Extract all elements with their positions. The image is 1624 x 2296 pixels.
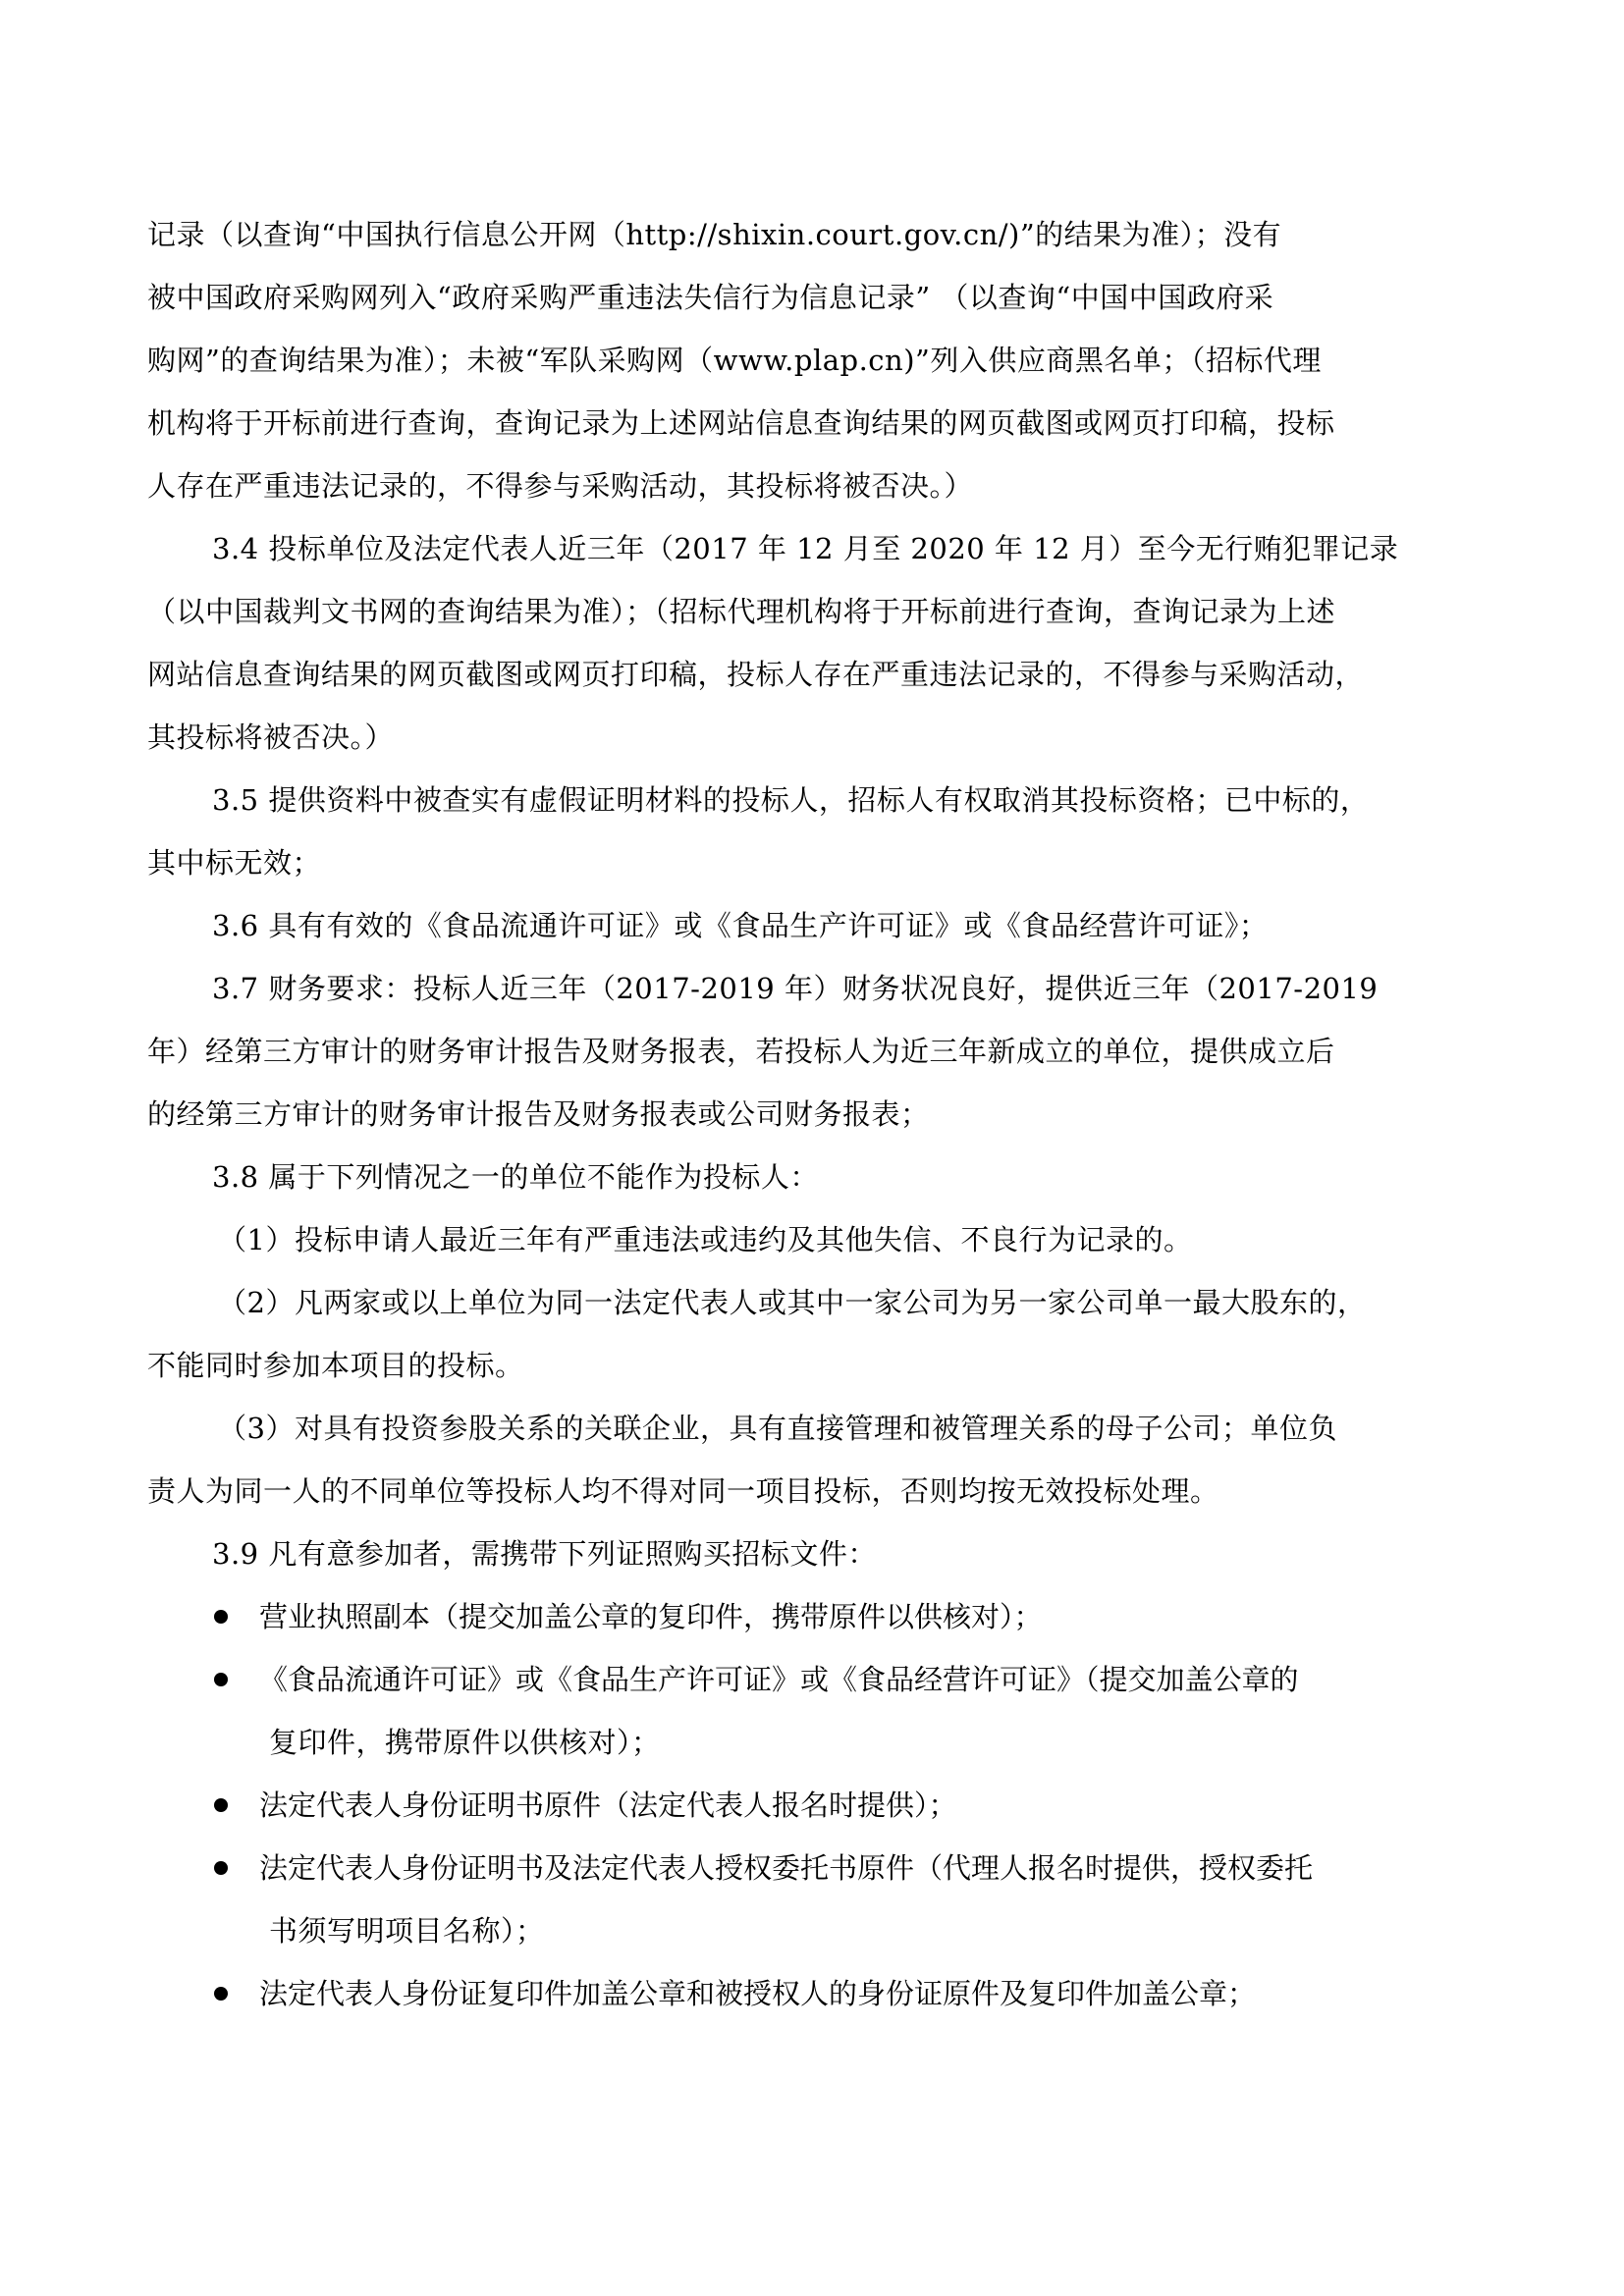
text-line: 3.5 提供资料中被查实有虚假证明材料的投标人，招标人有权取消其投标资格；已中标… [147,769,1485,831]
text-line: 年）经第三方审计的财务审计报告及财务报表，若投标人为近三年新成立的单位，提供成立… [147,1020,1485,1083]
paragraph-3-9: 3.9 凡有意参加者，需携带下列证照购买招标文件： [147,1522,1485,1585]
bullet-dot-icon [214,1673,228,1686]
bullet-text-continued: 书须写明项目名称）； [147,1899,1485,1962]
text-line: 记录（以查询“中国执行信息公开网（http://shixin.court.gov… [147,203,1485,266]
bullet-dot-icon [214,1610,228,1624]
bullet-dot-icon [214,1987,228,2001]
bullet-item: 法定代表人身份证明书及法定代表人授权委托书原件（代理人报名时提供，授权委托 书须… [147,1837,1485,1962]
document-page: 记录（以查询“中国执行信息公开网（http://shixin.court.gov… [147,203,1485,2025]
text-line: （1）投标申请人最近三年有严重违法或违约及其他失信、不良行为记录的。 [147,1208,1485,1271]
bullet-text: 法定代表人身份证复印件加盖公章和被授权人的身份证原件及复印件加盖公章； [259,1962,1256,2025]
text-line: 被中国政府采购网列入“政府采购严重违法失信行为信息记录” （以查询“中国中国政府… [147,266,1485,329]
text-line: 其中标无效； [147,831,1485,894]
bullet-text: 《食品流通许可证》或《食品生产许可证》或《食品经营许可证》（提交加盖公章的 [259,1648,1299,1711]
text-line: 3.8 属于下列情况之一的单位不能作为投标人： [147,1146,1485,1208]
text-line: 3.7 财务要求：投标人近三年（2017-2019 年）财务状况良好，提供近三年… [147,957,1485,1020]
bullet-item: 营业执照副本（提交加盖公章的复印件，携带原件以供核对）； [147,1585,1485,1648]
bullet-item: 法定代表人身份证明书原件（法定代表人报名时提供）； [147,1774,1485,1837]
paragraph-3-8: 3.8 属于下列情况之一的单位不能作为投标人： [147,1146,1485,1208]
text-line: 其投标将被否决。） [147,706,1485,769]
text-line: 机构将于开标前进行查询，查询记录为上述网站信息查询结果的网页截图或网页打印稿，投… [147,392,1485,454]
text-line: （3）对具有投资参股关系的关联企业，具有直接管理和被管理关系的母子公司；单位负 [147,1397,1485,1460]
text-line: 3.4 投标单位及法定代表人近三年（2017 年 12 月至 2020 年 12… [147,517,1485,580]
paragraph-3-3-continued: 记录（以查询“中国执行信息公开网（http://shixin.court.gov… [147,203,1485,517]
paragraph-3-8-item-1: （1）投标申请人最近三年有严重违法或违约及其他失信、不良行为记录的。 [147,1208,1485,1271]
paragraph-3-8-item-2: （2）凡两家或以上单位为同一法定代表人或其中一家公司为另一家公司单一最大股东的，… [147,1271,1485,1397]
bullet-text-continued: 复印件，携带原件以供核对）； [147,1711,1485,1774]
text-line: 购网”的查询结果为准）；未被“军队采购网（www.plap.cn)”列入供应商黑… [147,329,1485,392]
bullet-list: 营业执照副本（提交加盖公章的复印件，携带原件以供核对）； 《食品流通许可证》或《… [147,1585,1485,2025]
paragraph-3-5: 3.5 提供资料中被查实有虚假证明材料的投标人，招标人有权取消其投标资格；已中标… [147,769,1485,894]
text-line: 3.6 具有有效的《食品流通许可证》或《食品生产许可证》或《食品经营许可证》； [147,894,1485,957]
paragraph-3-8-item-3: （3）对具有投资参股关系的关联企业，具有直接管理和被管理关系的母子公司；单位负 … [147,1397,1485,1522]
bullet-text: 法定代表人身份证明书原件（法定代表人报名时提供）； [259,1774,957,1837]
text-line: 3.9 凡有意参加者，需携带下列证照购买招标文件： [147,1522,1485,1585]
text-line: 人存在严重违法记录的，不得参与采购活动，其投标将被否决。） [147,454,1485,517]
text-line: （以中国裁判文书网的查询结果为准）；（招标代理机构将于开标前进行查询，查询记录为… [147,580,1485,643]
paragraph-3-6: 3.6 具有有效的《食品流通许可证》或《食品生产许可证》或《食品经营许可证》； [147,894,1485,957]
text-line: 的经第三方审计的财务审计报告及财务报表或公司财务报表； [147,1083,1485,1146]
bullet-text: 营业执照副本（提交加盖公章的复印件，携带原件以供核对）； [259,1585,1043,1648]
bullet-dot-icon [214,1861,228,1875]
bullet-text: 法定代表人身份证明书及法定代表人授权委托书原件（代理人报名时提供，授权委托 [259,1837,1313,1899]
bullet-dot-icon [214,1798,228,1812]
text-line: （2）凡两家或以上单位为同一法定代表人或其中一家公司为另一家公司单一最大股东的， [147,1271,1485,1334]
paragraph-3-4: 3.4 投标单位及法定代表人近三年（2017 年 12 月至 2020 年 12… [147,517,1485,769]
bullet-item: 法定代表人身份证复印件加盖公章和被授权人的身份证原件及复印件加盖公章； [147,1962,1485,2025]
bullet-item: 《食品流通许可证》或《食品生产许可证》或《食品经营许可证》（提交加盖公章的 复印… [147,1648,1485,1774]
text-line: 责人为同一人的不同单位等投标人均不得对同一项目投标，否则均按无效投标处理。 [147,1460,1485,1522]
paragraph-3-7: 3.7 财务要求：投标人近三年（2017-2019 年）财务状况良好，提供近三年… [147,957,1485,1146]
text-line: 网站信息查询结果的网页截图或网页打印稿，投标人存在严重违法记录的，不得参与采购活… [147,643,1485,706]
text-line: 不能同时参加本项目的投标。 [147,1334,1485,1397]
